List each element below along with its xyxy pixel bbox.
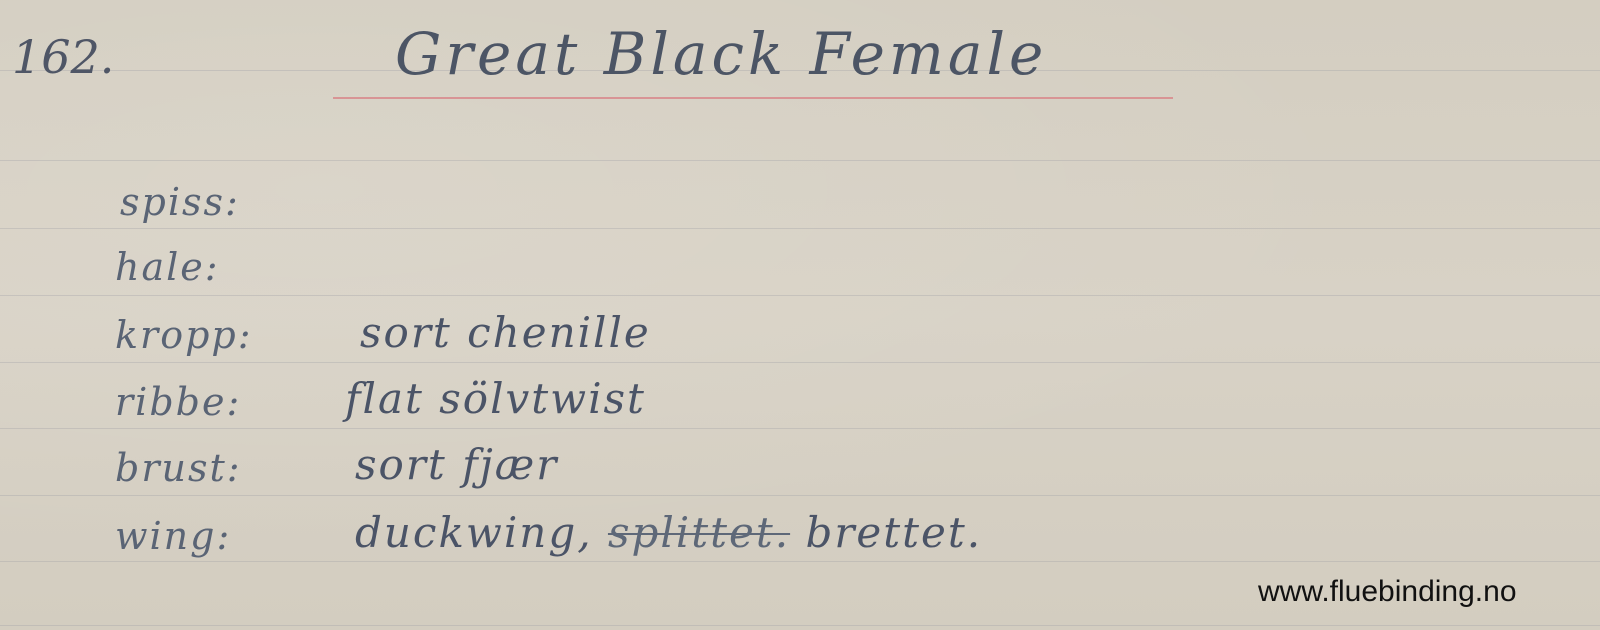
ruled-line — [0, 428, 1600, 429]
notebook-page: 162. Great Black Female spiss: hale: kro… — [0, 0, 1600, 630]
ruled-line — [0, 625, 1600, 626]
ruled-line — [0, 561, 1600, 562]
field-label-brust: brust: — [115, 446, 242, 490]
wing-value-struck: splittet. — [608, 508, 790, 557]
field-value-wing: duckwing, splittet. brettet. — [355, 508, 982, 557]
title-underline — [333, 97, 1173, 99]
wing-value-main: duckwing, — [355, 508, 593, 557]
ruled-line — [0, 295, 1600, 296]
watermark: www.fluebinding.no — [1258, 575, 1517, 609]
ruled-line — [0, 362, 1600, 363]
wing-value-after: brettet. — [805, 508, 982, 557]
field-label-ribbe: ribbe: — [115, 380, 241, 424]
field-label-kropp: kropp: — [115, 313, 253, 357]
field-value-kropp: sort chenille — [360, 308, 651, 357]
page-title: Great Black Female — [395, 20, 1047, 88]
field-label-wing: wing: — [115, 514, 231, 558]
field-value-brust: sort fjær — [355, 440, 558, 489]
entry-number: 162. — [12, 30, 114, 84]
ruled-line — [0, 495, 1600, 496]
field-value-ribbe: flat sölvtwist — [345, 374, 646, 423]
field-label-hale: hale: — [115, 245, 220, 289]
ruled-line — [0, 160, 1600, 161]
ruled-line — [0, 228, 1600, 229]
field-label-spiss: spiss: — [120, 180, 240, 224]
